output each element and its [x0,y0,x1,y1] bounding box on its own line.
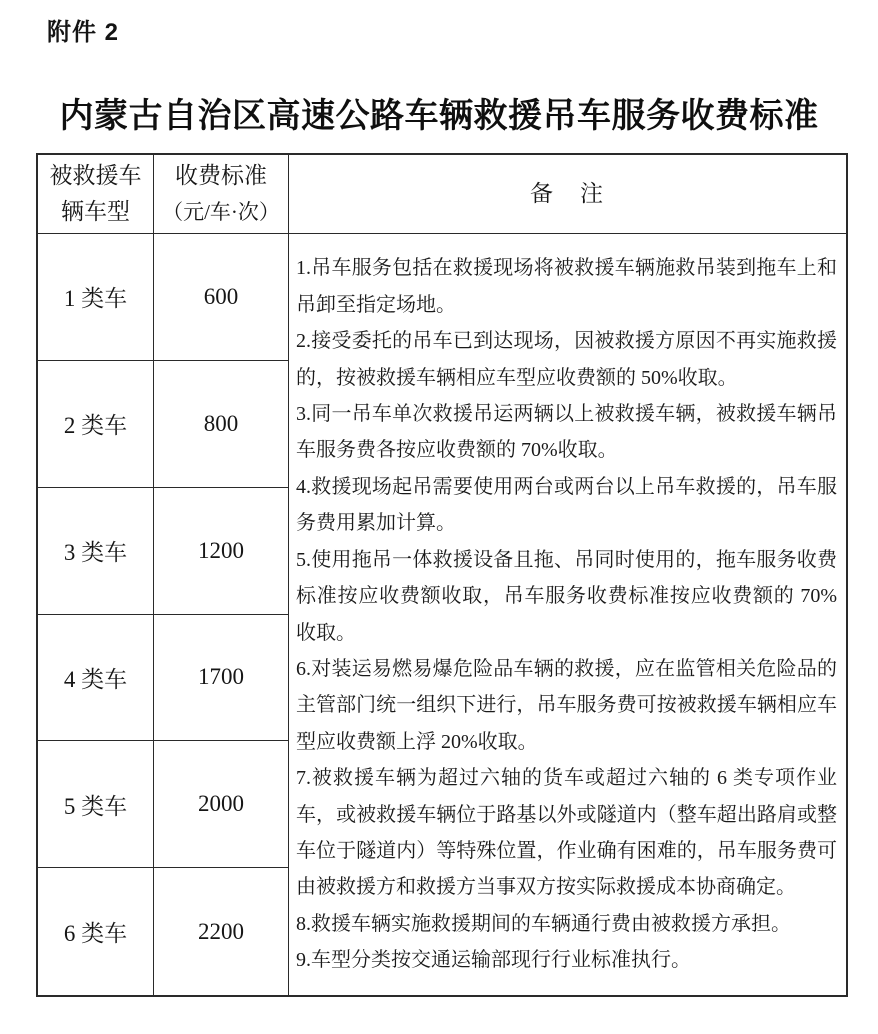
page-title: 内蒙古自治区高速公路车辆救援吊车服务收费标准 [0,97,878,137]
table-row-6-fee: 2200 [154,868,289,995]
remark-note-2: 2.接受委托的吊车已到达现场，因被救援方原因不再实施救援的，按被救援车辆相应车型… [296,323,837,396]
remark-note-6: 6.对装运易燃易爆危险品车辆的救援，应在监管相关危险品的主管部门统一组织下进行，… [296,651,837,760]
header-remarks: 备 注 [289,155,846,234]
fee-standard-table: 被救援车 辆车型 收费标准 （元/车·次） 备 注 1.吊车服务包括在救援现场将… [36,153,848,997]
remarks-cell: 1.吊车服务包括在救援现场将被救援车辆施救吊装到拖车上和吊卸至指定场地。 2.接… [289,234,846,995]
table-row-5-fee: 2000 [154,741,289,868]
header-vehicle-type-line2: 辆车型 [61,194,130,230]
header-vehicle-type-line1: 被救援车 [50,158,142,194]
table-row-2-type: 2 类车 [38,361,154,488]
table-row-6-type: 6 类车 [38,868,154,995]
remark-note-1: 1.吊车服务包括在救援现场将被救援车辆施救吊装到拖车上和吊卸至指定场地。 [296,250,837,323]
remark-note-5: 5.使用拖吊一体救援设备且拖、吊同时使用的，拖车服务收费标准按应收费额收取，吊车… [296,542,837,651]
remark-note-7: 7.被救援车辆为超过六轴的货车或超过六轴的 6 类专项作业车，或被救援车辆位于路… [296,760,837,906]
table-row-1-fee: 600 [154,234,289,361]
remark-note-9: 9.车型分类按交通运输部现行行业标准执行。 [296,942,837,978]
remark-note-3: 3.同一吊车单次救援吊运两辆以上被救援车辆，被救援车辆吊车服务费各按应收费额的 … [296,396,837,469]
table-row-1-type: 1 类车 [38,234,154,361]
remark-note-8: 8.救援车辆实施救援期间的车辆通行费由被救援方承担。 [296,906,837,942]
header-fee-standard: 收费标准 （元/车·次） [154,155,289,234]
header-fee-line2: （元/车·次） [162,194,280,230]
document-page: 附件 2 内蒙古自治区高速公路车辆救援吊车服务收费标准 被救援车 辆车型 收费标… [0,0,878,1034]
table-row-4-fee: 1700 [154,615,289,742]
table-row-2-fee: 800 [154,361,289,488]
remark-note-4: 4.救援现场起吊需要使用两台或两台以上吊车救援的，吊车服务费用累加计算。 [296,469,837,542]
table-row-3-fee: 1200 [154,488,289,615]
header-vehicle-type: 被救援车 辆车型 [38,155,154,234]
header-fee-line1: 收费标准 [175,158,267,194]
table-row-3-type: 3 类车 [38,488,154,615]
table-row-4-type: 4 类车 [38,615,154,742]
attachment-label: 附件 2 [47,12,119,47]
table-row-5-type: 5 类车 [38,741,154,868]
